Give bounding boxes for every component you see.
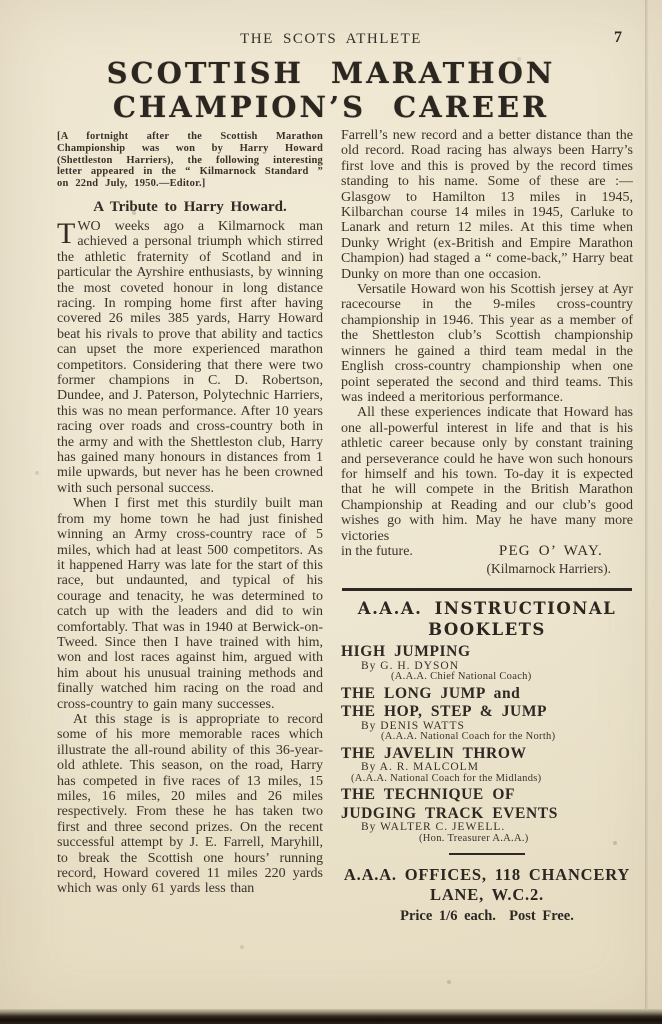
booklets-heading-line2: BOOKLETS — [428, 620, 546, 639]
booklet-title: THE LONG JUMP and — [341, 686, 633, 702]
aaa-offices-address: A.A.A. OFFICES, 118 CHANCERYLANE, W.C.2. — [341, 865, 633, 904]
aaa-offices-line1: A.A.A. OFFICES, 118 CHANCERY — [344, 865, 630, 884]
editor-note: [A fortnight after the Scottish Marathon… — [57, 131, 323, 190]
article-title-line1: SCOTTISH MARATHON — [107, 56, 556, 90]
booklet-title: THE HOP, STEP & JUMP — [341, 704, 633, 720]
left-column: [A fortnight after the Scottish Marathon… — [57, 131, 323, 1015]
drop-cap: T — [57, 219, 77, 246]
booklets-heading: A.A.A. INSTRUCTIONALBOOKLETS — [341, 598, 633, 640]
paper-specks — [0, 0, 2, 2]
paragraph-5: Versatile Howard won his Scottish jersey… — [341, 282, 633, 405]
booklet-title: JUDGING TRACK EVENTS — [341, 806, 633, 822]
author-signature: PEG O’ WAY. — [499, 544, 603, 559]
booklet-item-javelin-throw: THE JAVELIN THROW By A. R. MALCOLM (A.A.… — [341, 746, 633, 785]
booklet-item-judging-track-events: THE TECHNIQUE OF JUDGING TRACK EVENTS By… — [341, 787, 633, 844]
section-divider-rule — [342, 588, 632, 591]
paragraph-1-text: WO weeks ago a Kilmarnock man achieved a… — [57, 219, 323, 496]
booklet-title: THE JAVELIN THROW — [341, 746, 633, 762]
scan-bottom-edge — [0, 1009, 662, 1024]
running-head: THE SCOTS ATHLETE — [0, 31, 662, 48]
booklet-author-credit: (Hon. Treasurer A.A.A.) — [419, 834, 633, 845]
booklets-heading-line1: A.A.A. INSTRUCTIONAL — [358, 599, 616, 618]
booklets-advert: A.A.A. INSTRUCTIONALBOOKLETS HIGH JUMPIN… — [341, 598, 633, 925]
booklet-item-long-jump: THE LONG JUMP and THE HOP, STEP & JUMP B… — [341, 686, 633, 743]
magazine-page: THE SCOTS ATHLETE 7 SCOTTISH MARATHONCHA… — [0, 0, 662, 1024]
booklet-author-credit: (A.A.A. Chief National Coach) — [391, 672, 633, 683]
aaa-offices-line2: LANE, W.C.2. — [430, 885, 544, 904]
short-divider-rule — [449, 853, 525, 855]
article-title-line2: CHAMPION’S CAREER — [113, 90, 549, 124]
booklet-author-credit: (A.A.A. National Coach for the North) — [381, 732, 633, 743]
booklet-item-high-jumping: HIGH JUMPING By G. H. DYSON (A.A.A. Chie… — [341, 644, 633, 683]
article-title: SCOTTISH MARATHONCHAMPION’S CAREER — [0, 56, 662, 124]
page-edge-crease — [645, 0, 649, 1010]
booklet-title: THE TECHNIQUE OF — [341, 787, 633, 803]
price-line: Price 1/6 each. Post Free. — [341, 908, 633, 925]
signature-row: in the future. PEG O’ WAY. — [341, 544, 633, 559]
paragraph-1: TWO weeks ago a Kilmarnock man achieved … — [57, 219, 323, 496]
journal-title: THE SCOTS ATHLETE — [240, 31, 422, 47]
page-number: 7 — [614, 29, 622, 47]
right-column: Farrell’s new record and a better distan… — [341, 128, 633, 1012]
paragraph-3: At this stage is is appropriate to recor… — [57, 712, 323, 897]
closing-line: in the future. — [341, 544, 413, 559]
author-affiliation: (Kilmarnock Harriers). — [341, 561, 633, 577]
tribute-heading: A Tribute to Harry Howard. — [57, 199, 323, 216]
paragraph-2: When I first met this sturdily built man… — [57, 496, 323, 712]
paragraph-6: All these experiences indicate that Howa… — [341, 405, 633, 544]
booklet-author-credit: (A.A.A. National Coach for the Midlands) — [351, 774, 633, 785]
paragraph-4: Farrell’s new record and a better distan… — [341, 128, 633, 282]
booklet-title: HIGH JUMPING — [341, 644, 633, 660]
